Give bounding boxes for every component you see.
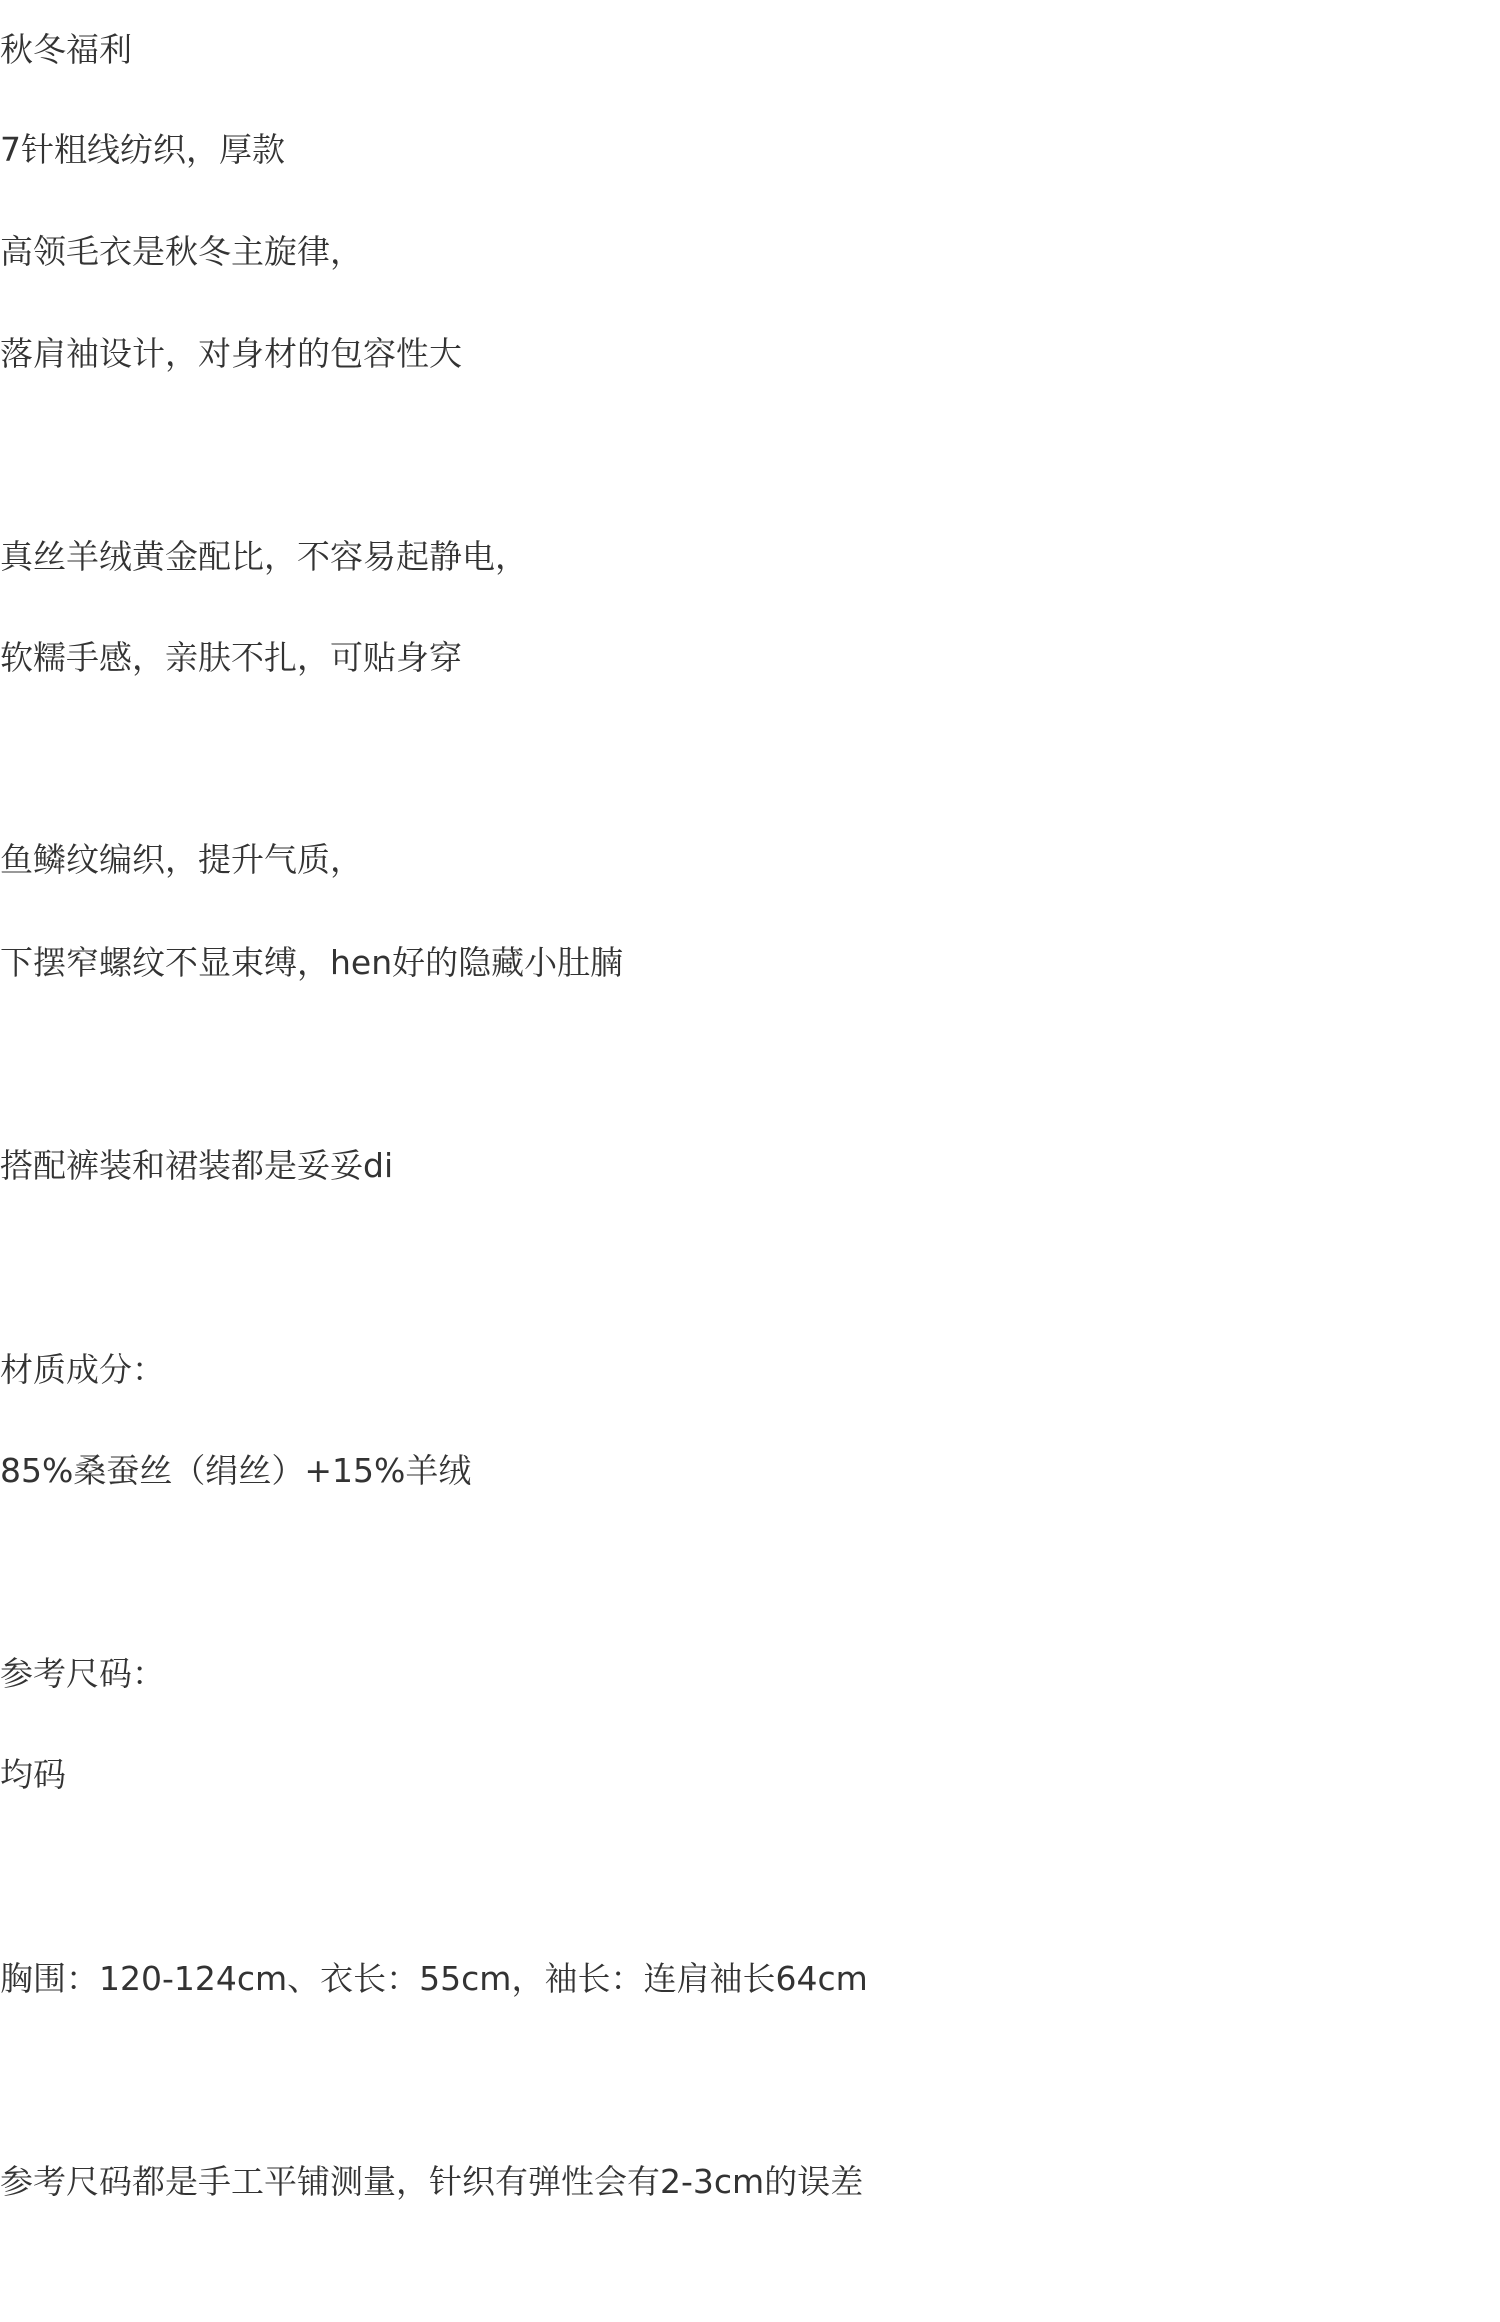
- size-value: 均码: [0, 1750, 66, 1800]
- drop-shoulder-line: 落肩袖设计，对身材的包容性大: [0, 329, 462, 379]
- measurements-line: 胸围：120-124cm、衣长：55cm，袖长：连肩袖长64cm: [0, 1954, 868, 2004]
- knit-gauge-line: 7针粗线纺织，厚款: [0, 125, 285, 175]
- material-value: 85%桑蚕丝（绢丝）+15%羊绒: [0, 1446, 471, 1496]
- styling-line: 搭配裤装和裙装都是妥妥di: [0, 1141, 393, 1191]
- product-description: 秋冬福利 7针粗线纺织，厚款 高领毛衣是秋冬主旋律， 落肩袖设计，对身材的包容性…: [0, 0, 1500, 2322]
- heading-autumn-winter-deal: 秋冬福利: [0, 25, 132, 75]
- turtleneck-line: 高领毛衣是秋冬主旋律，: [0, 227, 363, 277]
- silk-cashmere-line: 真丝羊绒黄金配比，不容易起静电，: [0, 532, 528, 582]
- size-label: 参考尺码：: [0, 1649, 165, 1699]
- soft-touch-line: 软糯手感，亲肤不扎，可贴身穿: [0, 633, 462, 683]
- hem-rib-line: 下摆窄螺纹不显束缚，hen好的隐藏小肚腩: [0, 938, 623, 988]
- fishscale-knit-line: 鱼鳞纹编织，提升气质，: [0, 835, 363, 885]
- measurement-note: 参考尺码都是手工平铺测量，针织有弹性会有2-3cm的误差: [0, 2157, 863, 2207]
- material-label: 材质成分：: [0, 1345, 165, 1395]
